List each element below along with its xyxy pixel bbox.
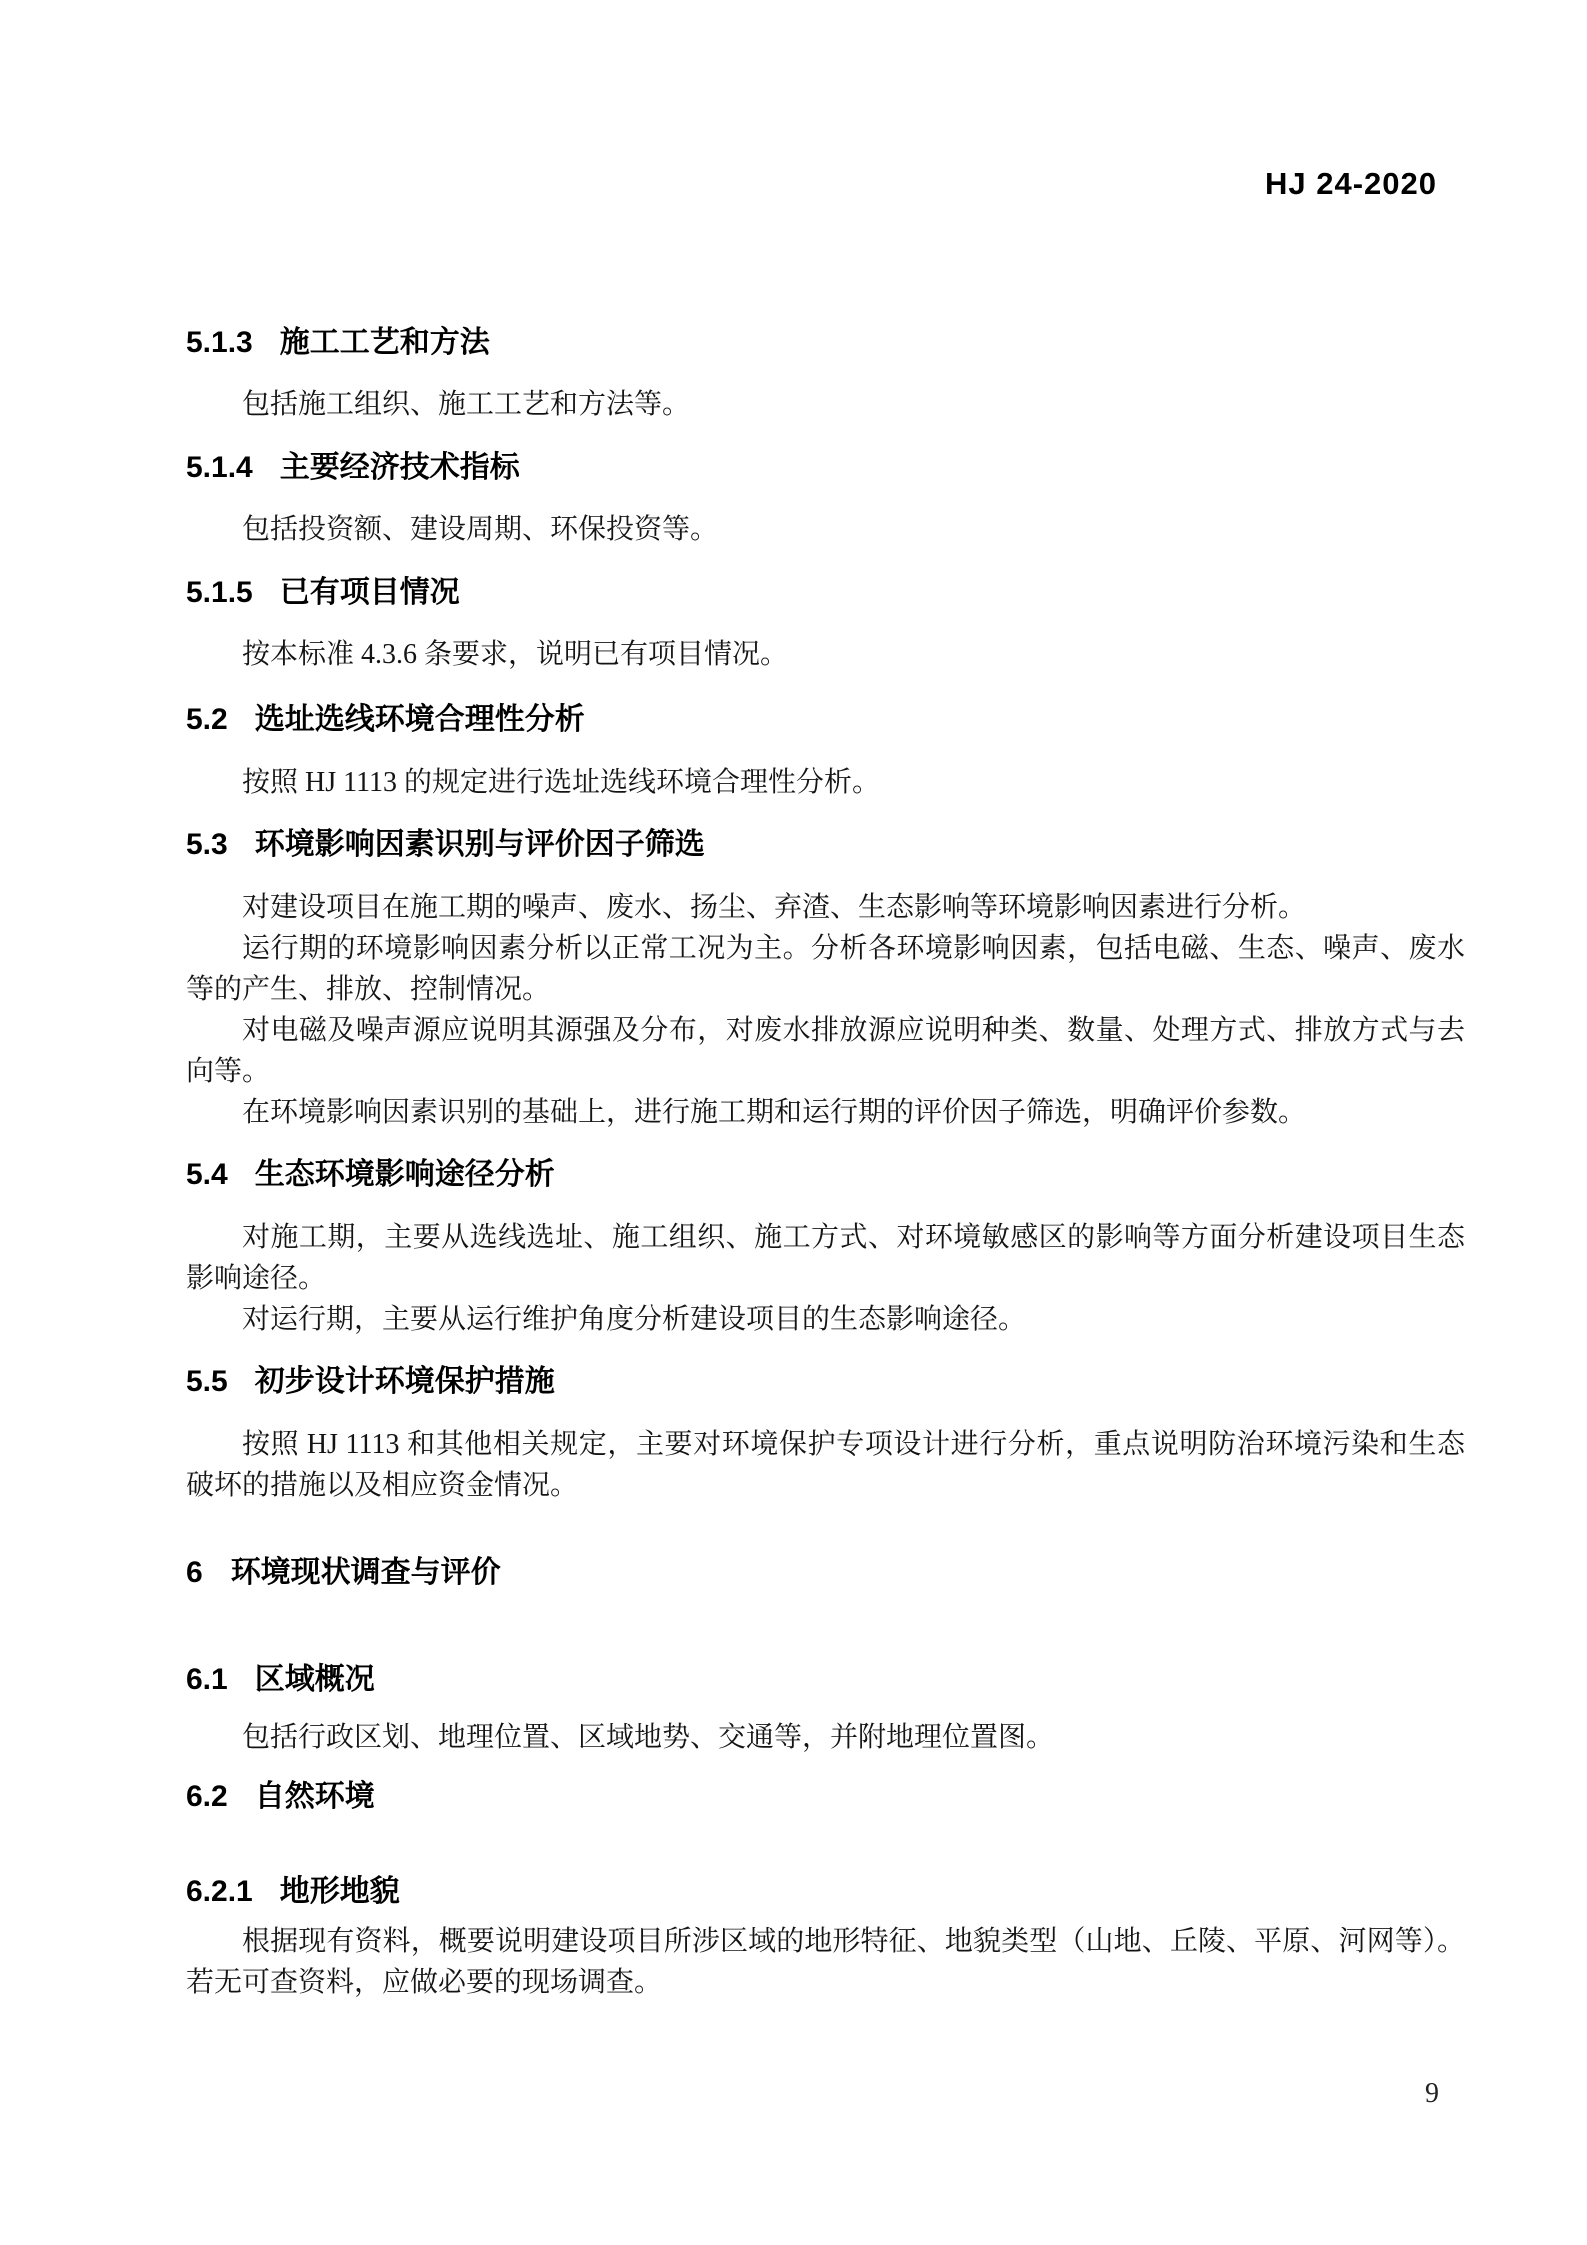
section-title: 选址选线环境合理性分析 <box>255 703 585 736</box>
section-title: 区域概况 <box>255 1663 375 1696</box>
paragraph: 包括投资额、建设周期、环保投资等。 <box>186 509 1465 550</box>
chapter-number: 6 <box>186 1556 203 1589</box>
paragraph: 对电磁及噪声源应说明其源强及分布，对废水排放源应说明种类、数量、处理方式、排放方… <box>186 1010 1465 1092</box>
section-number: 6.2.1 <box>186 1875 253 1908</box>
section-title: 地形地貌 <box>280 1875 400 1908</box>
section-title: 初步设计环境保护措施 <box>255 1365 555 1398</box>
chapter-title: 环境现状调查与评价 <box>231 1556 501 1589</box>
section-heading: 5.1.5已有项目情况 <box>186 572 1465 613</box>
section-heading: 5.2选址选线环境合理性分析 <box>186 699 1465 740</box>
section-number: 6.1 <box>186 1663 228 1696</box>
section-number: 5.1.3 <box>186 326 253 359</box>
paragraph: 包括施工组织、施工工艺和方法等。 <box>186 384 1465 425</box>
section-title: 施工工艺和方法 <box>280 326 490 359</box>
section-heading: 5.1.4主要经济技术指标 <box>186 447 1465 488</box>
chapter-heading: 6环境现状调查与评价 <box>186 1552 1465 1593</box>
section-title: 生态环境影响途径分析 <box>255 1158 555 1191</box>
section-heading: 6.2.1地形地貌 <box>186 1871 1465 1912</box>
section-heading: 6.1区域概况 <box>186 1659 1465 1700</box>
section-number: 6.2 <box>186 1780 228 1813</box>
paragraph: 对运行期，主要从运行维护角度分析建设项目的生态影响途径。 <box>186 1299 1465 1340</box>
section-title: 已有项目情况 <box>280 576 460 609</box>
section-heading: 5.1.3施工工艺和方法 <box>186 322 1465 363</box>
paragraph: 在环境影响因素识别的基础上，进行施工期和运行期的评价因子筛选，明确评价参数。 <box>186 1092 1465 1133</box>
document-page: HJ 24-2020 5.1.3施工工艺和方法 包括施工组织、施工工艺和方法等。… <box>0 0 1587 2245</box>
paragraph: 运行期的环境影响因素分析以正常工况为主。分析各环境影响因素，包括电磁、生态、噪声… <box>186 928 1465 1010</box>
section-title: 环境影响因素识别与评价因子筛选 <box>255 828 705 861</box>
page-number: 9 <box>1425 2078 1439 2110</box>
section-number: 5.2 <box>186 703 228 736</box>
section-number: 5.4 <box>186 1158 228 1191</box>
section-heading: 5.5初步设计环境保护措施 <box>186 1361 1465 1402</box>
section-title: 自然环境 <box>255 1780 375 1813</box>
paragraph: 对施工期，主要从选线选址、施工组织、施工方式、对环境敏感区的影响等方面分析建设项… <box>186 1217 1465 1299</box>
section-number: 5.1.4 <box>186 451 253 484</box>
section-heading: 5.4生态环境影响途径分析 <box>186 1154 1465 1195</box>
section-title: 主要经济技术指标 <box>280 451 520 484</box>
paragraph: 包括行政区划、地理位置、区域地势、交通等，并附地理位置图。 <box>186 1717 1465 1758</box>
section-number: 5.1.5 <box>186 576 253 609</box>
paragraph: 按照 HJ 1113 和其他相关规定，主要对环境保护专项设计进行分析，重点说明防… <box>186 1424 1465 1506</box>
page-content: 5.1.3施工工艺和方法 包括施工组织、施工工艺和方法等。 5.1.4主要经济技… <box>186 0 1465 2003</box>
paragraph: 根据现有资料，概要说明建设项目所涉区域的地形特征、地貌类型（山地、丘陵、平原、河… <box>186 1921 1465 2003</box>
section-number: 5.5 <box>186 1365 228 1398</box>
section-heading: 6.2自然环境 <box>186 1776 1465 1817</box>
section-number: 5.3 <box>186 828 228 861</box>
section-heading: 5.3环境影响因素识别与评价因子筛选 <box>186 824 1465 865</box>
paragraph: 对建设项目在施工期的噪声、废水、扬尘、弃渣、生态影响等环境影响因素进行分析。 <box>186 887 1465 928</box>
paragraph: 按照 HJ 1113 的规定进行选址选线环境合理性分析。 <box>186 762 1465 803</box>
paragraph: 按本标准 4.3.6 条要求，说明已有项目情况。 <box>186 634 1465 675</box>
